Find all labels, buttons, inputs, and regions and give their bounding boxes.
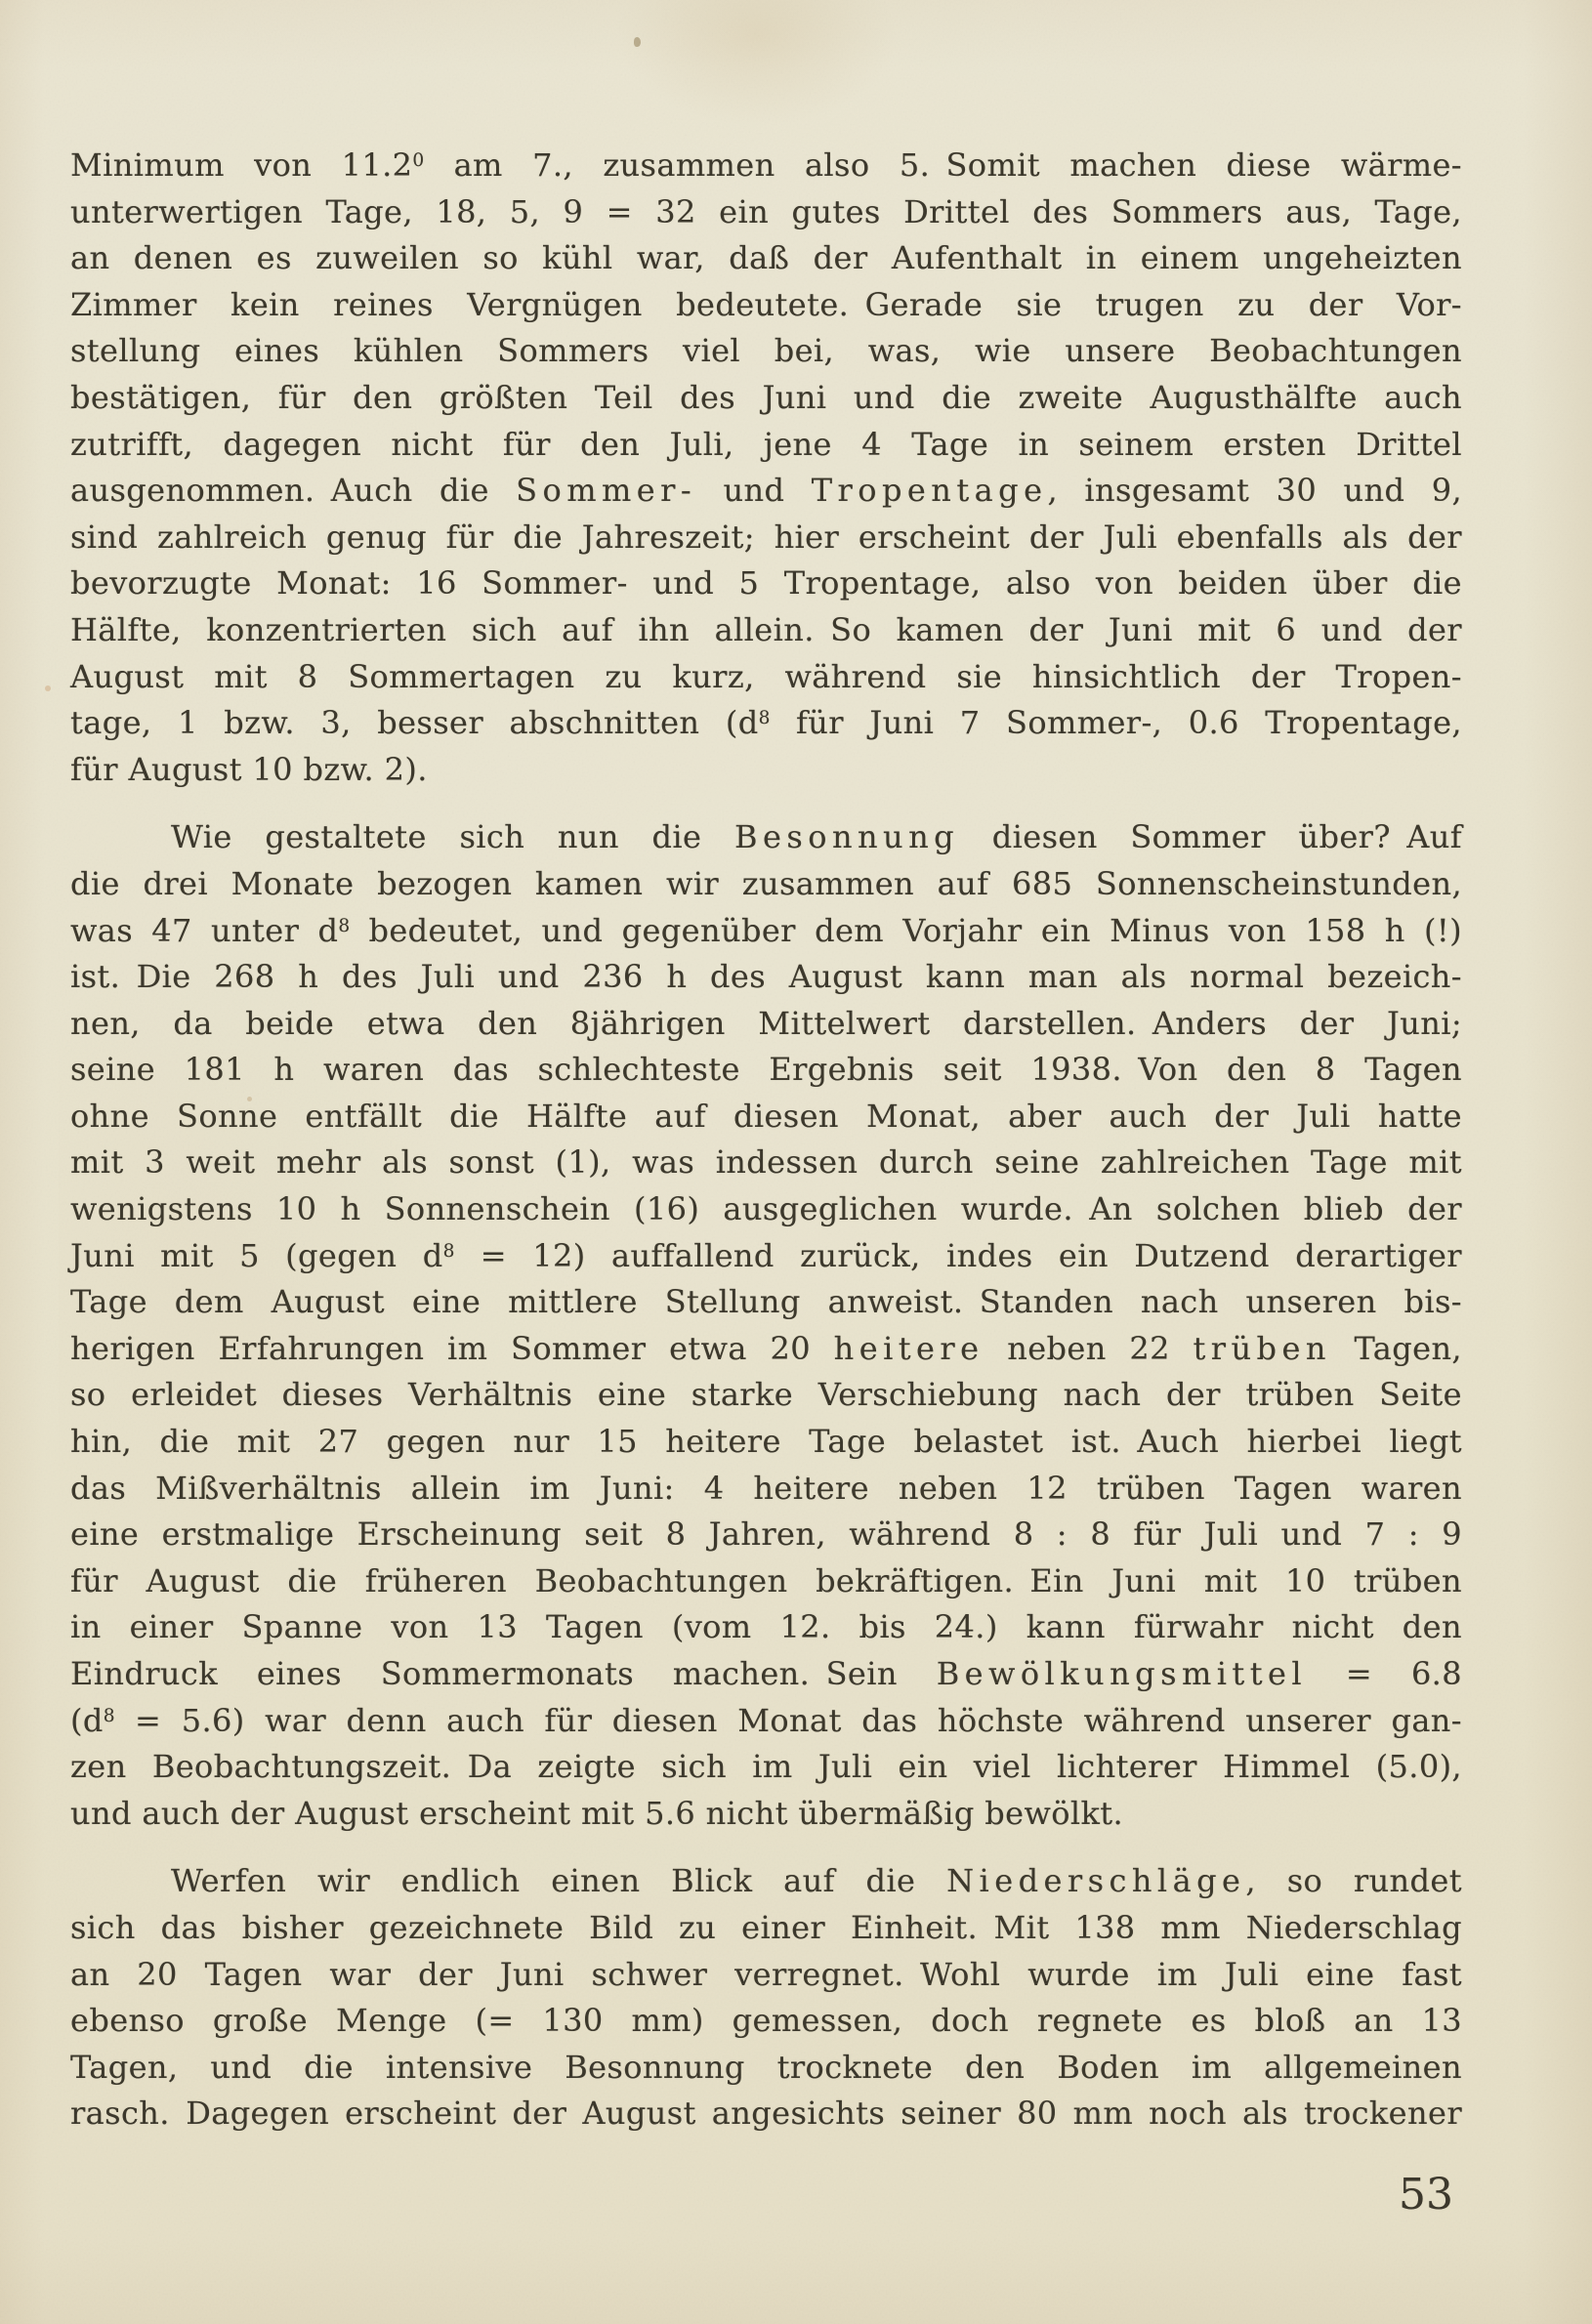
- text-line: Juni mit 5 (gegen d8 = 12) auffallend zu…: [70, 1233, 1462, 1280]
- text-run: herigen Erfahrungen im Sommer etwa 20: [70, 1330, 834, 1367]
- text-line: Tage dem August eine mittlere Stellung a…: [70, 1279, 1462, 1326]
- text-line: nen, da beide etwa den 8jährigen Mittelw…: [70, 1001, 1462, 1048]
- text-run: sich das bisher gezeichnete Bild zu eine…: [70, 1909, 1462, 1946]
- text-run: ausgenommen. Auch die: [70, 472, 516, 509]
- text-line: Eindruck eines Sommermonats machen. Sein…: [70, 1651, 1462, 1698]
- text-run: bedeutet, und gegenüber dem Vorjahr ein …: [350, 912, 1462, 949]
- text-line: herigen Erfahrungen im Sommer etwa 20 he…: [70, 1326, 1462, 1373]
- text-run: für Juni 7 Sommer-, 0.6 Tropentage,: [770, 704, 1462, 741]
- text-run: für August die früheren Beobachtungen be…: [70, 1562, 1462, 1599]
- letterspaced-text: Bewölkungsmittel: [937, 1655, 1307, 1692]
- text-line: stellung eines kühlen Sommers viel bei, …: [70, 328, 1462, 375]
- letterspaced-text: Sommer-: [516, 472, 696, 509]
- text-run: August mit 8 Sommertagen zu kurz, währen…: [70, 658, 1462, 695]
- text-line: bestätigen, für den größten Teil des Jun…: [70, 375, 1462, 422]
- text-run: an denen es zuweilen so kühl war, daß de…: [70, 239, 1462, 276]
- text-run: (d: [70, 1702, 104, 1739]
- text-line: ist. Die 268 h des Juli und 236 h des Au…: [70, 954, 1462, 1001]
- superscript: 0: [412, 150, 424, 171]
- text-line: das Mißverhältnis allein im Juni: 4 heit…: [70, 1466, 1462, 1513]
- text-line: Werfen wir endlich einen Blick auf die N…: [70, 1858, 1462, 1905]
- text-line: rasch. Dagegen erscheint der August ange…: [70, 2091, 1462, 2137]
- text-line: was 47 unter d8 bedeutet, und gegenüber …: [70, 908, 1462, 955]
- text-run: am 7., zusammen also 5. Somit machen die…: [424, 146, 1462, 184]
- text-line: tage, 1 bzw. 3, besser abschnitten (d8 f…: [70, 700, 1462, 747]
- text-line: an denen es zuweilen so kühl war, daß de…: [70, 235, 1462, 282]
- text-run: mit 3 weit mehr als sonst (1), was indes…: [70, 1143, 1462, 1181]
- text-line: in einer Spanne von 13 Tagen (vom 12. bi…: [70, 1604, 1462, 1651]
- text-run: ebenso große Menge (= 130 mm) gemessen, …: [70, 2002, 1462, 2039]
- text-run: für August 10 bzw. 2).: [70, 751, 428, 788]
- book-page: Minimum von 11.20 am 7., zusammen also 5…: [0, 0, 1592, 2324]
- paper-stain: [615, 0, 899, 127]
- text-run: nen, da beide etwa den 8jährigen Mittelw…: [70, 1005, 1462, 1042]
- text-run: bevorzugte Monat: 16 Sommer- und 5 Trope…: [70, 564, 1462, 602]
- superscript: 8: [104, 1705, 115, 1725]
- text-line: und auch der August erscheint mit 5.6 ni…: [70, 1791, 1462, 1838]
- letterspaced-text: trüben: [1193, 1330, 1330, 1367]
- text-run: Juni mit 5 (gegen d: [70, 1237, 443, 1274]
- text-run: an 20 Tagen war der Juni schwer verregne…: [70, 1956, 1462, 1993]
- text-run: eine erstmalige Erscheinung seit 8 Jahre…: [70, 1515, 1462, 1553]
- text-line: unterwertigen Tage, 18, 5, 9 = 32 ein gu…: [70, 189, 1462, 236]
- text-run: Hälfte, konzentrierten sich auf ihn alle…: [70, 611, 1462, 648]
- text-run: bestätigen, für den größten Teil des Jun…: [70, 379, 1462, 416]
- text-line: Minimum von 11.20 am 7., zusammen also 5…: [70, 143, 1462, 189]
- text-line: sind zahlreich genug für die Jahreszeit;…: [70, 515, 1462, 561]
- text-line: Hälfte, konzentrierten sich auf ihn alle…: [70, 607, 1462, 654]
- text-run: Zimmer kein reines Vergnügen bedeutete. …: [70, 286, 1462, 323]
- superscript: 8: [759, 708, 771, 728]
- text-line: an 20 Tagen war der Juni schwer verregne…: [70, 1952, 1462, 1999]
- text-run: zutrifft, dagegen nicht für den Juli, je…: [70, 426, 1462, 463]
- text-line: zutrifft, dagegen nicht für den Juli, je…: [70, 422, 1462, 469]
- text-line: ausgenommen. Auch die Sommer- und Tropen…: [70, 468, 1462, 515]
- text-line: für August 10 bzw. 2).: [70, 747, 1462, 794]
- text-run: so erleidet dieses Verhältnis eine stark…: [70, 1376, 1462, 1413]
- letterspaced-text: Niederschläge: [946, 1862, 1245, 1899]
- superscript: 8: [338, 915, 350, 935]
- paragraph: Minimum von 11.20 am 7., zusammen also 5…: [70, 143, 1462, 793]
- text-run: zen Beobachtungszeit. Da zeigte sich im …: [70, 1748, 1462, 1785]
- text-run: hin, die mit 27 gegen nur 15 heitere Tag…: [70, 1423, 1462, 1460]
- text-run: Tage dem August eine mittlere Stellung a…: [70, 1283, 1462, 1320]
- text-line: Zimmer kein reines Vergnügen bedeutete. …: [70, 282, 1462, 329]
- text-line: ebenso große Menge (= 130 mm) gemessen, …: [70, 1998, 1462, 2045]
- text-line: Wie gestaltete sich nun die Besonnung di…: [70, 814, 1462, 861]
- letterspaced-text: Tropentage: [812, 472, 1048, 509]
- text-line: eine erstmalige Erscheinung seit 8 Jahre…: [70, 1512, 1462, 1558]
- text-run: = 5.6) war denn auch für diesen Monat da…: [115, 1702, 1462, 1739]
- text-line: Tagen, und die intensive Besonnung trock…: [70, 2045, 1462, 2092]
- text-run: , insgesamt 30 und 9,: [1047, 472, 1462, 509]
- text-run: und: [696, 472, 812, 509]
- text-run: = 12) auffallend zurück, indes ein Dutze…: [454, 1237, 1462, 1274]
- text-run: Werfen wir endlich einen Blick auf die: [171, 1862, 946, 1899]
- page-number: 53: [1399, 2172, 1453, 2219]
- text-line: so erleidet dieses Verhältnis eine stark…: [70, 1372, 1462, 1419]
- text-run: , so rundet: [1245, 1862, 1462, 1899]
- text-line: zen Beobachtungszeit. Da zeigte sich im …: [70, 1744, 1462, 1791]
- text-run: Wie gestaltete sich nun die: [171, 818, 734, 855]
- text-run: stellung eines kühlen Sommers viel bei, …: [70, 332, 1462, 369]
- text-run: ohne Sonne entfällt die Hälfte auf diese…: [70, 1098, 1462, 1135]
- text-run: neben 22: [985, 1330, 1194, 1367]
- text-run: = 6.8: [1307, 1655, 1462, 1692]
- text-line: bevorzugte Monat: 16 Sommer- und 5 Trope…: [70, 560, 1462, 607]
- text-run: seine 181 h waren das schlechteste Ergeb…: [70, 1051, 1462, 1088]
- text-line: für August die früheren Beobachtungen be…: [70, 1558, 1462, 1605]
- paper-speck: [634, 37, 641, 47]
- text-line: (d8 = 5.6) war denn auch für diesen Mona…: [70, 1698, 1462, 1745]
- text-run: sind zahlreich genug für die Jahreszeit;…: [70, 519, 1462, 556]
- text-line: ohne Sonne entfällt die Hälfte auf diese…: [70, 1094, 1462, 1141]
- text-line: wenigstens 10 h Sonnenschein (16) ausgeg…: [70, 1186, 1462, 1233]
- paragraph: Werfen wir endlich einen Blick auf die N…: [70, 1858, 1462, 2137]
- text-run: was 47 unter d: [70, 912, 338, 949]
- text-line: mit 3 weit mehr als sonst (1), was indes…: [70, 1140, 1462, 1186]
- text-run: Eindruck eines Sommermonats machen. Sein: [70, 1655, 937, 1692]
- text-run: unterwertigen Tage, 18, 5, 9 = 32 ein gu…: [70, 193, 1462, 230]
- text-run: tage, 1 bzw. 3, besser abschnitten (d: [70, 704, 759, 741]
- text-run: diesen Sommer über? Auf: [959, 818, 1462, 855]
- text-line: seine 181 h waren das schlechteste Ergeb…: [70, 1047, 1462, 1094]
- superscript: 8: [443, 1240, 455, 1261]
- paper-speck: [45, 685, 51, 691]
- letterspaced-text: heitere: [834, 1330, 985, 1367]
- text-line: hin, die mit 27 gegen nur 15 heitere Tag…: [70, 1419, 1462, 1466]
- text-line: die drei Monate bezogen kamen wir zusamm…: [70, 861, 1462, 908]
- text-run: und auch der August erscheint mit 5.6 ni…: [70, 1795, 1123, 1832]
- text-run: ist. Die 268 h des Juli und 236 h des Au…: [70, 958, 1462, 995]
- letterspaced-text: Besonnung: [734, 818, 959, 855]
- paragraph: Wie gestaltete sich nun die Besonnung di…: [70, 814, 1462, 1837]
- text-run: in einer Spanne von 13 Tagen (vom 12. bi…: [70, 1608, 1462, 1645]
- page-text: Minimum von 11.20 am 7., zusammen also 5…: [70, 143, 1462, 2137]
- text-run: wenigstens 10 h Sonnenschein (16) ausgeg…: [70, 1190, 1462, 1227]
- text-line: August mit 8 Sommertagen zu kurz, währen…: [70, 654, 1462, 701]
- text-run: Minimum von 11.2: [70, 146, 412, 184]
- text-run: Tagen,: [1331, 1330, 1462, 1367]
- text-line: sich das bisher gezeichnete Bild zu eine…: [70, 1905, 1462, 1952]
- text-run: Tagen, und die intensive Besonnung trock…: [70, 2049, 1462, 2086]
- text-run: die drei Monate bezogen kamen wir zusamm…: [70, 865, 1462, 902]
- text-run: rasch. Dagegen erscheint der August ange…: [70, 2095, 1462, 2132]
- text-run: das Mißverhältnis allein im Juni: 4 heit…: [70, 1470, 1462, 1507]
